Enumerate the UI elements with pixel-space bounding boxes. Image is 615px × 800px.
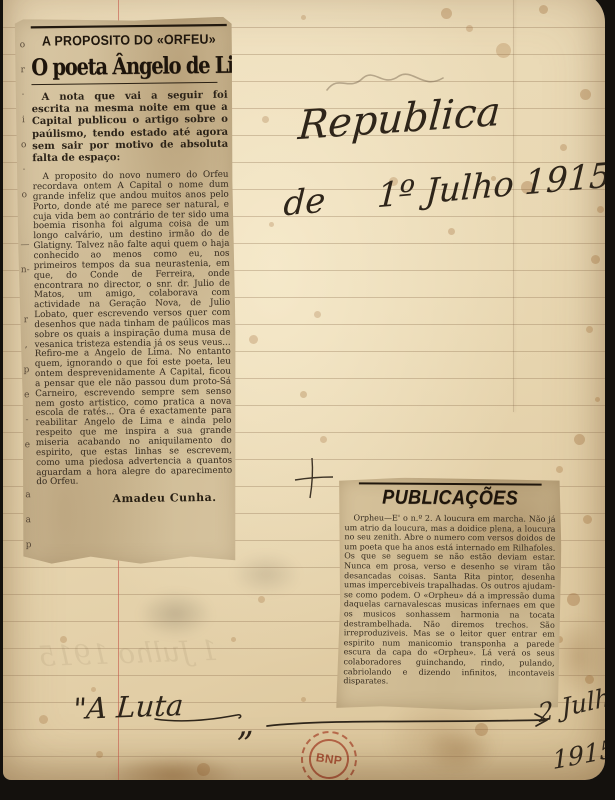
notebook-page: 1 Julho 1915 o r · i o · o — n- r , p e … [3, 0, 605, 780]
ink-bleedthrough-text: 1 Julho 1915 [37, 634, 218, 673]
divider [31, 82, 217, 85]
article-kicker: A PROPOSITO DO «ORFEU» [31, 24, 227, 49]
article-title: O poeta Ângelo de Lima [31, 52, 196, 81]
newspaper-clipping-publicacoes: PUBLICAÇÕES Orpheu—E' o n.º 2. A loucura… [336, 477, 562, 711]
paper-crease [513, 0, 514, 412]
arrow-to-date [265, 714, 557, 736]
ditto-mark: „ [235, 703, 255, 744]
newspaper-clipping-orfeu: o r · i o · o — n- r , p e - e a a p e —… [15, 17, 239, 568]
handwriting-de: de [283, 180, 327, 224]
handwriting-flourish [153, 710, 245, 726]
article-body: A proposito do novo numero do Orfeu reco… [33, 171, 233, 488]
article-signature: Amadeu Cunha. [36, 491, 232, 506]
publicacoes-body: Orpheu—E' o n.º 2. A loucura em marcha. … [343, 513, 555, 687]
bnp-stamp-label: BNP [306, 736, 351, 780]
stain [231, 552, 301, 596]
stain [138, 590, 213, 638]
article-intro: A nota que vai a seguir foi escrita na m… [32, 90, 229, 166]
publicacoes-title: PUBLICAÇÕES [359, 482, 542, 510]
plus-mark [293, 456, 335, 500]
